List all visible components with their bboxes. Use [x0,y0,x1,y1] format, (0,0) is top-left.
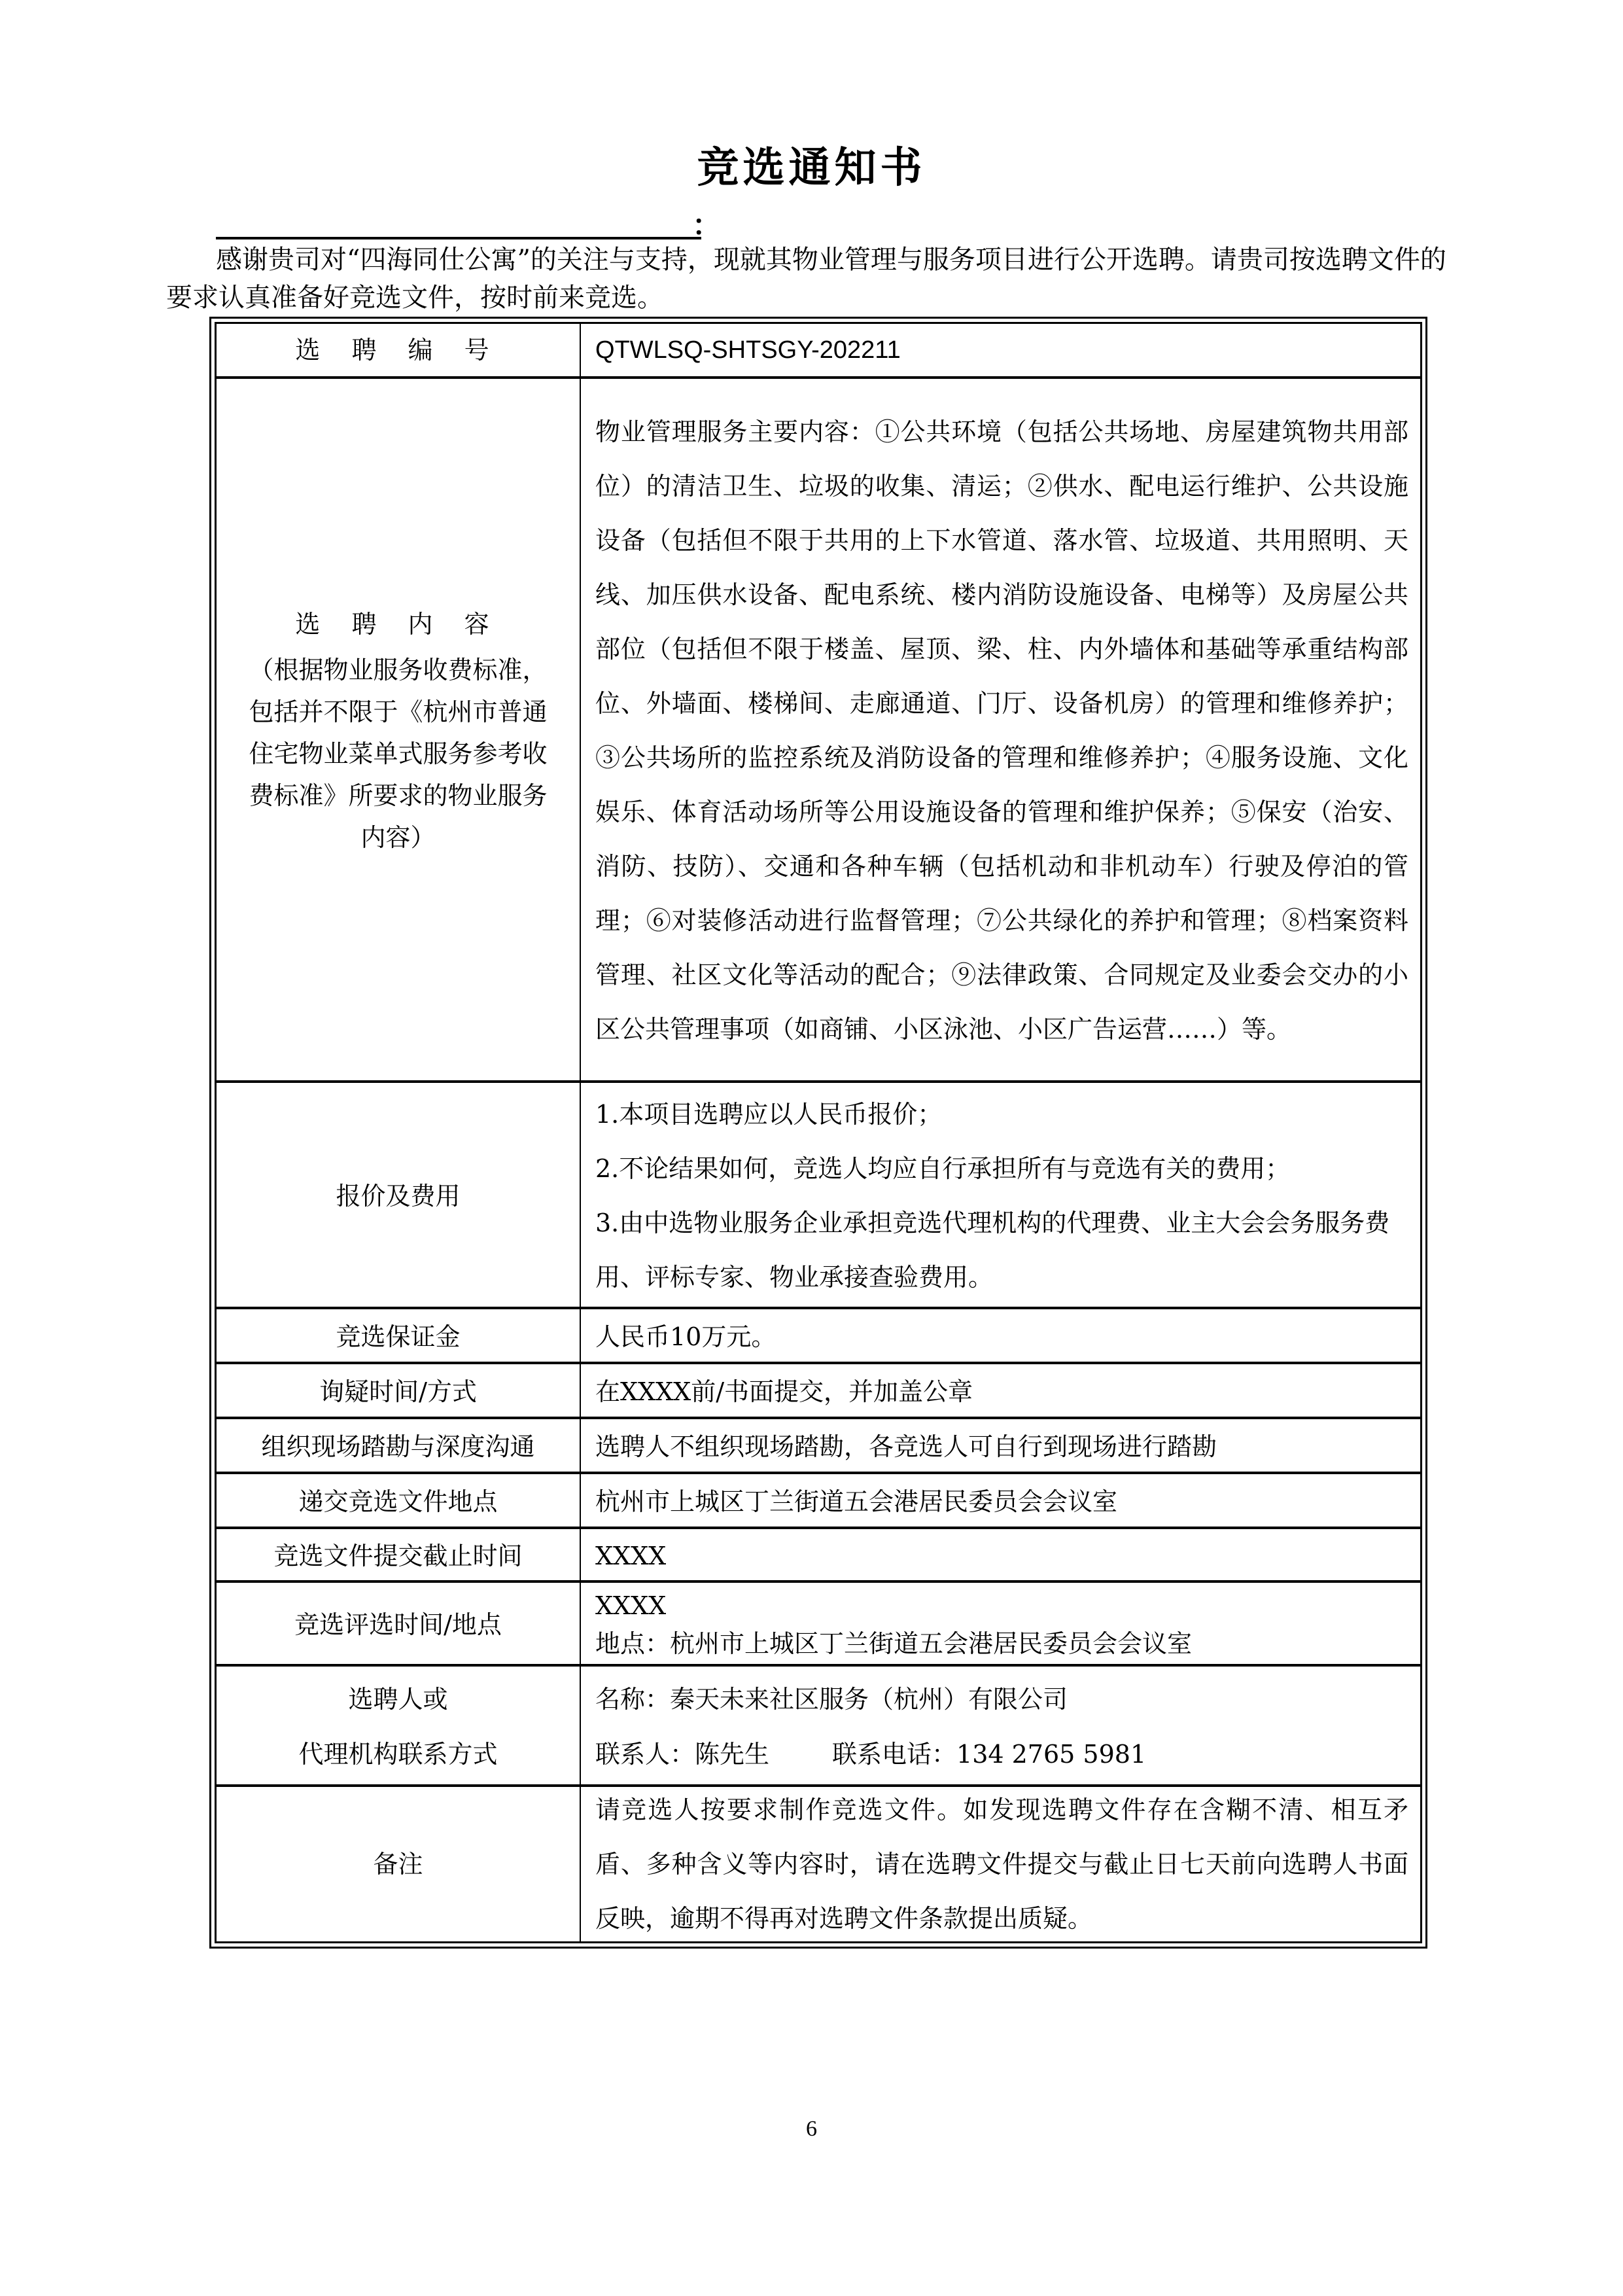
pricing-item-3: 3.由中选物业服务企业承担竞选代理机构的代理费、业主大会会务服务费用、评标专家、… [595,1196,1408,1305]
contact-phone: 联系电话：134 2765 5981 [832,1740,1146,1769]
pricing-list: 1.本项目选聘应以人民币报价； 2.不论结果如何，竞选人均应自行承担所有与竞选有… [582,1083,1420,1309]
page-number: 6 [0,2117,1623,2142]
table-row-selection-content: 选 聘 内 容 （根据物业服务收费标准，包括并不限于《杭州市普通住宅物业菜单式服… [217,376,1420,1083]
site-visit-value: 选聘人不组织现场踏勘，各竞选人可自行到现场进行踏勘 [582,1419,1420,1474]
agency-name: 名称：秦天未来社区服务（杭州）有限公司 [595,1672,1408,1727]
table-row-pricing: 报价及费用 1.本项目选聘应以人民币报价； 2.不论结果如何，竞选人均应自行承担… [217,1080,1420,1309]
evaluation-location: 地点：杭州市上城区丁兰街道五会港居民委员会会议室 [595,1625,1408,1663]
row-label: 选 聘 编 号 [217,324,581,376]
submission-location-value: 杭州市上城区丁兰街道五会港居民委员会会议室 [582,1474,1420,1529]
row-label: 竞选评选时间/地点 [217,1583,581,1667]
table-row-contact: 选聘人或 代理机构联系方式 名称：秦天未来社区服务（杭州）有限公司 联系人：陈先… [217,1664,1420,1787]
row-label: 递交竞选文件地点 [217,1474,581,1529]
row-label-line2: 代理机构联系方式 [298,1727,497,1782]
row-label: 询疑时间/方式 [217,1364,581,1419]
notice-table: 选 聘 编 号 QTWLSQ-SHTSGY-202211 选 聘 内 容 （根据… [209,317,1427,1949]
table-row-remarks: 备注 请竞选人按要求制作竞选文件。如发现选聘文件存在含糊不清、相互矛盾、多种含义… [217,1784,1420,1941]
pricing-item-1: 1.本项目选聘应以人民币报价； [595,1087,1408,1142]
row-label-title: 选 聘 内 容 [295,603,500,645]
row-label: 选 聘 内 容 （根据物业服务收费标准，包括并不限于《杭州市普通住宅物业菜单式服… [217,379,581,1083]
deadline-value: XXXX [582,1529,1420,1583]
addressee-blank-line[interactable] [216,211,701,239]
table-row-deadline: 竞选文件提交截止时间 XXXX [217,1527,1420,1583]
row-label-line1: 选聘人或 [348,1672,447,1727]
selection-number-value: QTWLSQ-SHTSGY-202211 [582,324,1420,376]
row-label: 竞选保证金 [217,1309,581,1364]
row-label: 报价及费用 [217,1083,581,1309]
row-label: 备注 [217,1787,581,1941]
inquiry-value: 在XXXX前/书面提交，并加盖公章 [582,1364,1420,1419]
contact-line: 联系人：陈先生联系电话：134 2765 5981 [595,1727,1408,1782]
notice-table-inner: 选 聘 编 号 QTWLSQ-SHTSGY-202211 选 聘 内 容 （根据… [215,322,1422,1943]
document-title: 竞选通知书 [0,134,1623,194]
row-label: 选聘人或 代理机构联系方式 [217,1667,581,1787]
table-row-inquiry: 询疑时间/方式 在XXXX前/书面提交，并加盖公章 [217,1362,1420,1419]
contact-person: 联系人：陈先生 [595,1740,769,1769]
deposit-value: 人民币10万元。 [582,1309,1420,1364]
evaluation-value: XXXX 地点：杭州市上城区丁兰街道五会港居民委员会会议室 [582,1583,1420,1667]
contact-value: 名称：秦天未来社区服务（杭州）有限公司 联系人：陈先生联系电话：134 2765… [582,1667,1420,1787]
table-row-evaluation: 竞选评选时间/地点 XXXX 地点：杭州市上城区丁兰街道五会港居民委员会会议室 [217,1580,1420,1667]
row-label-note: （根据物业服务收费标准，包括并不限于《杭州市普通住宅物业菜单式服务参考收费标准》… [239,649,557,858]
row-label: 竞选文件提交截止时间 [217,1529,581,1583]
table-row-selection-number: 选 聘 编 号 QTWLSQ-SHTSGY-202211 [217,324,1420,376]
row-label: 组织现场踏勘与深度沟通 [217,1419,581,1474]
table-row-site-visit: 组织现场踏勘与深度沟通 选聘人不组织现场踏勘，各竞选人可自行到现场进行踏勘 [217,1417,1420,1474]
evaluation-time: XXXX [595,1587,1408,1625]
table-row-deposit: 竞选保证金 人民币10万元。 [217,1307,1420,1364]
selection-content-value: 物业管理服务主要内容：①公共环境（包括公共场地、房屋建筑物共用部位）的清洁卫生、… [582,379,1420,1083]
intro-paragraph: 感谢贵司对“四海同仕公寓”的关注与支持，现就其物业管理与服务项目进行公开选聘。请… [166,241,1468,317]
table-row-submission-location: 递交竞选文件地点 杭州市上城区丁兰街道五会港居民委员会会议室 [217,1472,1420,1529]
addressee-colon: ： [692,202,721,243]
pricing-item-2: 2.不论结果如何，竞选人均应自行承担所有与竞选有关的费用； [595,1142,1408,1196]
remarks-value: 请竞选人按要求制作竞选文件。如发现选聘文件存在含糊不清、相互矛盾、多种含义等内容… [582,1787,1420,1941]
